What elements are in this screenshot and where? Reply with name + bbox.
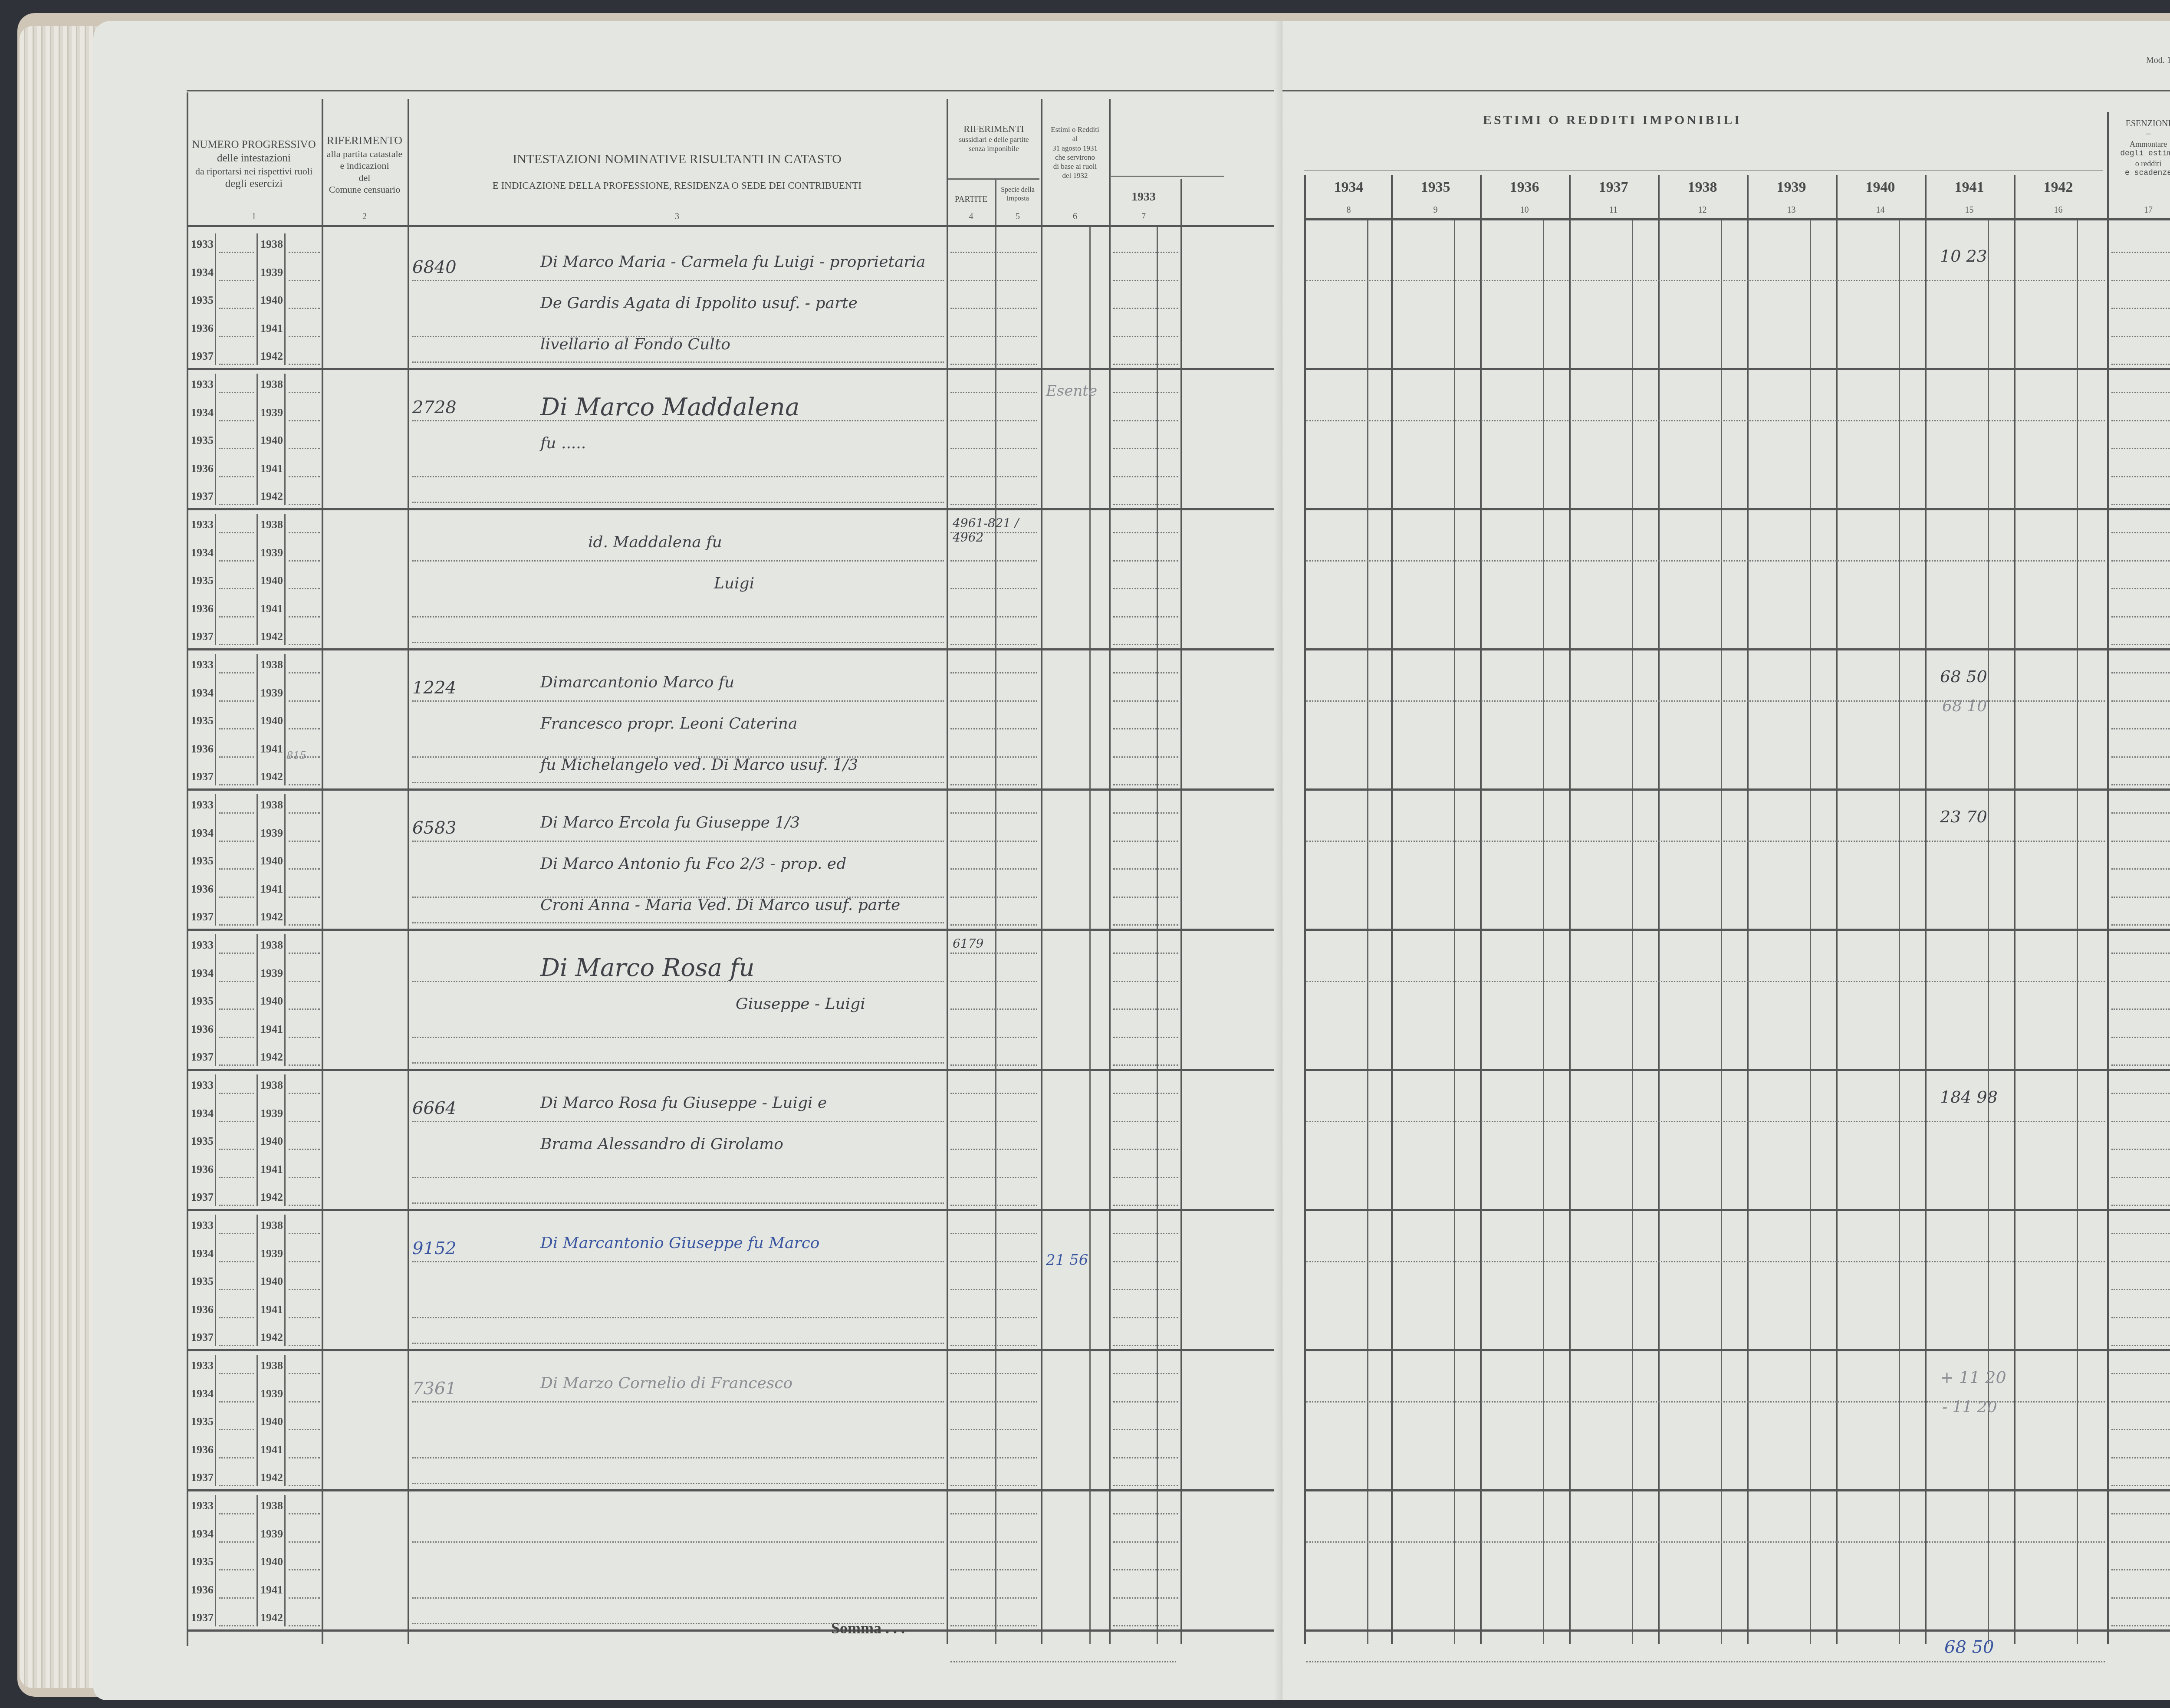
esenzioni-fill-line [2111,868,2170,870]
year-col-divider [1304,175,1306,1644]
year-label: 1936 [191,883,214,896]
col7-fill-line [1113,756,1178,758]
name-fill-line [412,616,944,618]
year-label: 1934 [191,1107,214,1120]
col7-fill-line [1113,364,1178,365]
col2-line: e indicazioni [323,160,406,172]
col3-title: INTESTAZIONI NOMINATIVE RISULTANTI IN CA… [410,151,944,168]
year-label: 1941 [260,322,283,335]
year-fill-line [289,700,320,702]
year-fill-line [219,308,254,309]
col4-header: PARTITE [948,194,994,205]
year-label: 1937 [191,1331,214,1344]
col7-fill-line [1113,981,1178,982]
year-label: 1940 [260,294,283,307]
value-fill-line [1306,280,2105,281]
year-fill-line [289,532,320,533]
value-fill-line [1306,420,2105,421]
left-page: NUMERO PROGRESSIVO delle intestazioni da… [93,21,1282,1700]
year-label: 1941 [260,1443,283,1456]
year-fill-line [219,1429,254,1430]
entry-name-line: Giuseppe - Luigi [736,995,865,1013]
year-label: 1940 [260,574,283,587]
col1-sub-divider [215,1215,216,1346]
name-fill-line [412,1457,944,1458]
year-fill-line [219,784,254,785]
partite-fill-line [950,1485,1037,1486]
year-fill-line [289,1149,320,1150]
year-fill-line [289,981,320,982]
year-fill-line [289,924,320,926]
name-fill-line [412,1343,944,1344]
year-label: 1942 [260,770,283,783]
col7-fill-line [1113,448,1178,449]
year-label: 1939 [260,1107,283,1120]
esenzioni-fill-line [2111,672,2170,673]
col7-fill-line [1113,504,1178,505]
esenzioni-line: o redditi [2109,159,2170,169]
col5-number: 5 [996,212,1039,222]
partite-fill-line [950,1008,1037,1010]
partite-fill-line [950,841,1037,842]
esenzioni-fill-line [2111,1401,2170,1403]
partite-fill-line [950,1233,1037,1234]
entry-name-line: Di Marco Maria - Carmela fu Luigi - prop… [540,253,926,271]
year-label: 1940 [260,1555,283,1568]
year-fill-line [219,981,254,982]
esenzioni-number: 17 [2109,205,2170,215]
col7-fill-line [1113,784,1178,785]
year-col-divider [1658,175,1660,1644]
year-label: 1938 [260,518,283,531]
col7-fill-line [1113,728,1178,729]
year-fill-line [219,560,254,562]
year-col-number: 13 [1747,205,1836,215]
year-fill-line [219,1625,254,1626]
esenzioni-fill-line [2111,1177,2170,1178]
col1-sub-divider [256,1074,258,1206]
col7-fill-line [1113,1233,1178,1234]
esenzioni-fill-line [2111,336,2170,337]
year-header: 1942 [2014,179,2103,196]
partite-fill-line [950,560,1037,562]
year-col-divider [2014,175,2015,1644]
year-col-divider [1391,175,1393,1644]
col1-sub-divider [256,374,258,505]
entry-name-line: Di Marco Antonio fu Fco 2/3 - prop. ed [540,855,846,873]
sum-label: Somma . . . [831,1619,905,1637]
partite-fill-line [950,1625,1037,1626]
entry-estimo-1932: 21 56 [1046,1251,1088,1269]
entry-value-1941: 23 70 [1940,807,1987,826]
esenzioni-fill-line [2111,1485,2170,1486]
year-label: 1937 [191,910,214,923]
year-label: 1939 [260,827,283,840]
year-fill-line [289,1345,320,1346]
esenzioni-fill-line [2111,841,2170,842]
esenzioni-fill-line [2111,1289,2170,1290]
partite-fill-line [950,700,1037,702]
year-cents-divider [1810,220,1811,1644]
col7-top-rule [1111,175,1224,178]
year-fill-line [289,1008,320,1010]
entry-ref: 2728 [412,397,457,417]
year-label: 1934 [191,1387,214,1400]
col7-fill-line [1113,1177,1178,1178]
row-separator [187,368,1282,370]
year-fill-line [289,1401,320,1403]
year-fill-line [219,1177,254,1178]
year-label: 1937 [191,490,214,503]
name-fill-line [412,782,944,783]
year-fill-line [289,644,320,645]
partite-fill-line [950,1345,1037,1346]
col1-sub-divider [215,1355,216,1486]
year-label: 1933 [191,939,214,952]
row-separator [1304,1629,2170,1632]
year-label: 1936 [191,1583,214,1596]
entry-name-line: Dimarcantonio Marco fu [540,673,734,691]
year-fill-line [289,1597,320,1599]
col7-fill-line [1113,420,1178,421]
col2-number: 2 [323,212,406,222]
col7-sub-divider [1157,227,1158,1644]
year-label: 1942 [260,1331,283,1344]
year-fill-line [219,1513,254,1514]
year-fill-line [219,1485,254,1486]
year-label: 1934 [191,406,214,419]
esenzioni-fill-line [2111,981,2170,982]
esenzioni-dash: — [2109,129,2170,139]
year-label: 1939 [260,406,283,419]
col7-fill-line [1113,1541,1178,1543]
partite-fill-line [950,1457,1037,1458]
name-fill-line [412,1483,944,1484]
entry-name-line: Croni Anna - Maria Ved. Di Marco usuf. p… [540,896,900,914]
year-cents-divider [1454,220,1455,1644]
entry-value-1941-alt: 68 10 [1942,697,1987,715]
esenzioni-fill-line [2111,1429,2170,1430]
year-label: 1941 [260,1163,283,1176]
year-fill-line [289,616,320,618]
year-fill-line [219,336,254,337]
year-label: 1942 [260,1471,283,1484]
year-cents-divider [2077,220,2078,1644]
year-label: 1938 [260,1219,283,1232]
row-separator [1304,929,2170,931]
year-fill-line [219,1457,254,1458]
col1-sub-divider [284,1074,286,1206]
year-label: 1939 [260,1527,283,1540]
col1-sub-divider [284,794,286,926]
col1-sub-divider [215,794,216,926]
esenzioni-fill-line [2111,924,2170,926]
year-label: 1940 [260,714,283,727]
col1-sub-divider [215,374,216,505]
entry-name-line: Di Marco Rosa fu [540,954,755,982]
sum-fill-line [1306,1661,2105,1662]
col1-sub-divider [284,654,286,785]
col7-fill-line [1113,476,1178,477]
year-fill-line [289,336,320,337]
col1-sub-divider [256,1215,258,1346]
esenzioni-fill-line [2111,1569,2170,1570]
col7-fill-line [1113,392,1178,393]
year-label: 1938 [260,658,283,671]
partite-fill-line [950,1261,1037,1262]
year-fill-line [219,1064,254,1066]
year-label: 1933 [191,378,214,391]
partite-fill-line [950,1317,1037,1318]
col45-header: RIFERIMENTI sussidiari e delle partite s… [948,123,1039,153]
year-fill-line [219,1541,254,1543]
year-col-divider [1836,175,1838,1644]
esenzioni-fill-line [2111,1625,2170,1626]
year-col-divider [1925,175,1927,1644]
esenzioni-line: degli estimi [2109,149,2170,159]
page-edges-left [20,26,98,1688]
entry-name-line: Di Marco Ercola fu Giuseppe 1/3 [540,814,800,831]
year-fill-line [289,1513,320,1514]
esenzioni-fill-line [2111,560,2170,562]
col1-sub-divider [284,1215,286,1346]
year-fill-line [219,1261,254,1262]
partite-fill-line [950,1149,1037,1150]
year-fill-line [289,448,320,449]
esenzioni-fill-line [2111,1345,2170,1346]
year-label: 1933 [191,798,214,811]
year-cents-divider [1632,220,1633,1644]
year-col-number: 12 [1658,205,1747,215]
partite-fill-line [950,1205,1037,1206]
name-fill-line [412,476,944,477]
col7-fill-line [1113,812,1178,814]
years-top-rule [1304,171,2103,174]
col6-header: Estimi o Redditi al 31 agosto 1931 che s… [1042,125,1108,181]
col7-fill-line [1113,672,1178,673]
partite-fill-line [950,364,1037,365]
year-header: 1939 [1747,179,1836,196]
year-fill-line [219,841,254,842]
entry-name-line: id. Maddalena fu [588,533,722,551]
col1-line: degli esercizi [189,177,319,191]
esenzioni-fill-line [2111,280,2170,281]
col7-fill-line [1113,1569,1178,1570]
year-cents-divider [1721,220,1722,1644]
sum-fill-line-left [950,1661,1176,1662]
year-label: 1941 [260,883,283,896]
esenzioni-fill-line [2111,1541,2170,1543]
col7-fill-line [1113,841,1178,842]
name-fill-line [412,361,944,363]
col7-fill-line [1113,616,1178,618]
year-label: 1941 [260,1583,283,1596]
year-label: 1936 [191,1163,214,1176]
year-label: 1941 [260,1303,283,1316]
esenzioni-fill-line [2111,1121,2170,1122]
header-bottom-rule [187,225,1282,227]
value-fill-line [1306,841,2105,842]
value-fill-line [1306,560,2105,562]
row-separator [1304,1209,2170,1211]
row-separator [187,1069,1282,1071]
year-label: 1934 [191,686,214,700]
esenzioni-fill-line [2111,897,2170,898]
col3-number: 3 [410,212,944,222]
col7-fill-line [1113,1205,1178,1206]
col6-sub-divider [1089,227,1091,1644]
esenzioni-fill-line [2111,420,2170,421]
year-label: 1942 [260,910,283,923]
year-label: 1939 [260,967,283,980]
name-fill-line [412,1062,944,1064]
row-separator [1304,788,2170,791]
year-label: 1935 [191,574,214,587]
year-label: 1939 [260,1387,283,1400]
col45-sub-rule [948,178,1039,180]
year-fill-line [219,1008,254,1010]
row-separator [187,1209,1282,1211]
value-fill-line [1306,1121,2105,1122]
esenzioni-fill-line [2111,476,2170,477]
esenzioni-fill-line [2111,448,2170,449]
partite-fill-line [950,784,1037,785]
year-label: 1933 [191,1499,214,1512]
col6-number: 6 [1042,212,1108,222]
year-label: 1941 [260,742,283,755]
year-label: 1936 [191,1023,214,1036]
col7-fill-line [1113,280,1178,281]
partite-fill-line [950,1064,1037,1066]
year-fill-line [289,308,320,309]
name-fill-line [412,1177,944,1178]
year-fill-line [289,1457,320,1458]
entry-name-line: fu ..... [540,434,586,452]
year-fill-line [219,1149,254,1150]
form-id: Mod. 111 - Imposte Dirette (Intercalare)… [2146,56,2170,66]
col1-sub-divider [215,654,216,785]
row-separator [1304,1069,2170,1071]
col6-line: del 1932 [1042,171,1108,180]
year-fill-line [289,672,320,673]
header-top-rule [187,90,1282,94]
col1-sub-divider [256,233,258,365]
entry-ref: 6583 [412,818,457,838]
col7-fill-line [1113,1149,1178,1150]
year-fill-line [289,1373,320,1374]
year-label: 1936 [191,602,214,615]
year-fill-line [219,1597,254,1599]
col1-sub-divider [215,934,216,1066]
col1-sub-divider [256,654,258,785]
frame-left [187,92,188,1646]
partite-fill-line [950,616,1037,618]
year-fill-line [289,784,320,785]
year-label: 1939 [260,266,283,279]
col7-fill-line [1113,1093,1178,1094]
esenzioni-fill-line [2111,1149,2170,1150]
row-separator [187,648,1282,650]
partite-fill-line [950,897,1037,898]
year-fill-line [289,728,320,729]
esenzioni-header: ESENZIONI — Ammontare degli estimi o red… [2109,118,2170,178]
year-fill-line [289,1205,320,1206]
esenzioni-fill-line [2111,1008,2170,1010]
year-fill-line [289,588,320,589]
col7-fill-line [1113,308,1178,309]
year-fill-line [219,1093,254,1094]
partite-fill-line [950,1401,1037,1403]
year-label: 1937 [191,350,214,363]
year-label: 1935 [191,434,214,447]
year-fill-line [219,672,254,673]
name-fill-line [412,1401,944,1403]
partite-fill-line [950,1289,1037,1290]
partite-fill-line [950,308,1037,309]
partite-fill-line [950,1373,1037,1374]
year-fill-line [289,1121,320,1122]
col45-line: sussidiari e delle partite [948,135,1039,144]
year-label: 1942 [260,490,283,503]
year-label: 1933 [191,238,214,251]
esenzioni-fill-line [2111,616,2170,618]
year-col-number: 15 [1925,205,2014,215]
col1-sub-divider [215,1495,216,1626]
year-cents-divider [1367,220,1368,1644]
year-fill-line [289,897,320,898]
year-fill-line [289,1625,320,1626]
partite-fill-line [950,1569,1037,1570]
entry-partite: 4961-821 / 4962 [953,516,1035,545]
entry-ref: 7361 [412,1379,457,1399]
col7-fill-line [1113,532,1178,533]
entry-value-1941: 10 23 [1940,246,1987,266]
name-fill-line [412,922,944,923]
partite-fill-line [950,1093,1037,1094]
year-fill-line [289,1289,320,1290]
year-cents-divider [1988,220,1989,1644]
year-col-divider [1747,175,1749,1644]
year-fill-line [289,812,320,814]
col7-fill-line [1113,1008,1178,1010]
esenzioni-left-divider [2107,112,2109,1644]
col6-line: al [1042,134,1108,143]
col1-sub-divider [256,514,258,645]
year-fill-line [219,448,254,449]
year-label: 1934 [191,1527,214,1540]
name-fill-line [412,560,944,562]
year-fill-line [219,1401,254,1403]
year-fill-line [289,841,320,842]
col1-sub-divider [284,1355,286,1486]
year-label: 1938 [260,1499,283,1512]
col1-sub-divider [284,374,286,505]
year-fill-line [219,616,254,618]
esenzioni-fill-line [2111,1317,2170,1318]
col7-fill-line [1113,924,1178,926]
entry-name-line: Di Marco Maddalena [540,393,799,421]
partite-fill-line [950,1597,1037,1599]
esenzioni-fill-line [2111,1064,2170,1066]
col7-fill-line [1113,1485,1178,1486]
esenzioni-fill-line [2111,756,2170,758]
year-label: 1935 [191,1555,214,1568]
year-label: 1934 [191,1247,214,1260]
entry-value-1941: + 11 20 [1940,1368,2006,1387]
year-label: 1940 [260,995,283,1008]
name-fill-line [412,642,944,643]
right-page: Mod. 111 - Imposte Dirette (Intercalare)… [1282,21,2170,1700]
